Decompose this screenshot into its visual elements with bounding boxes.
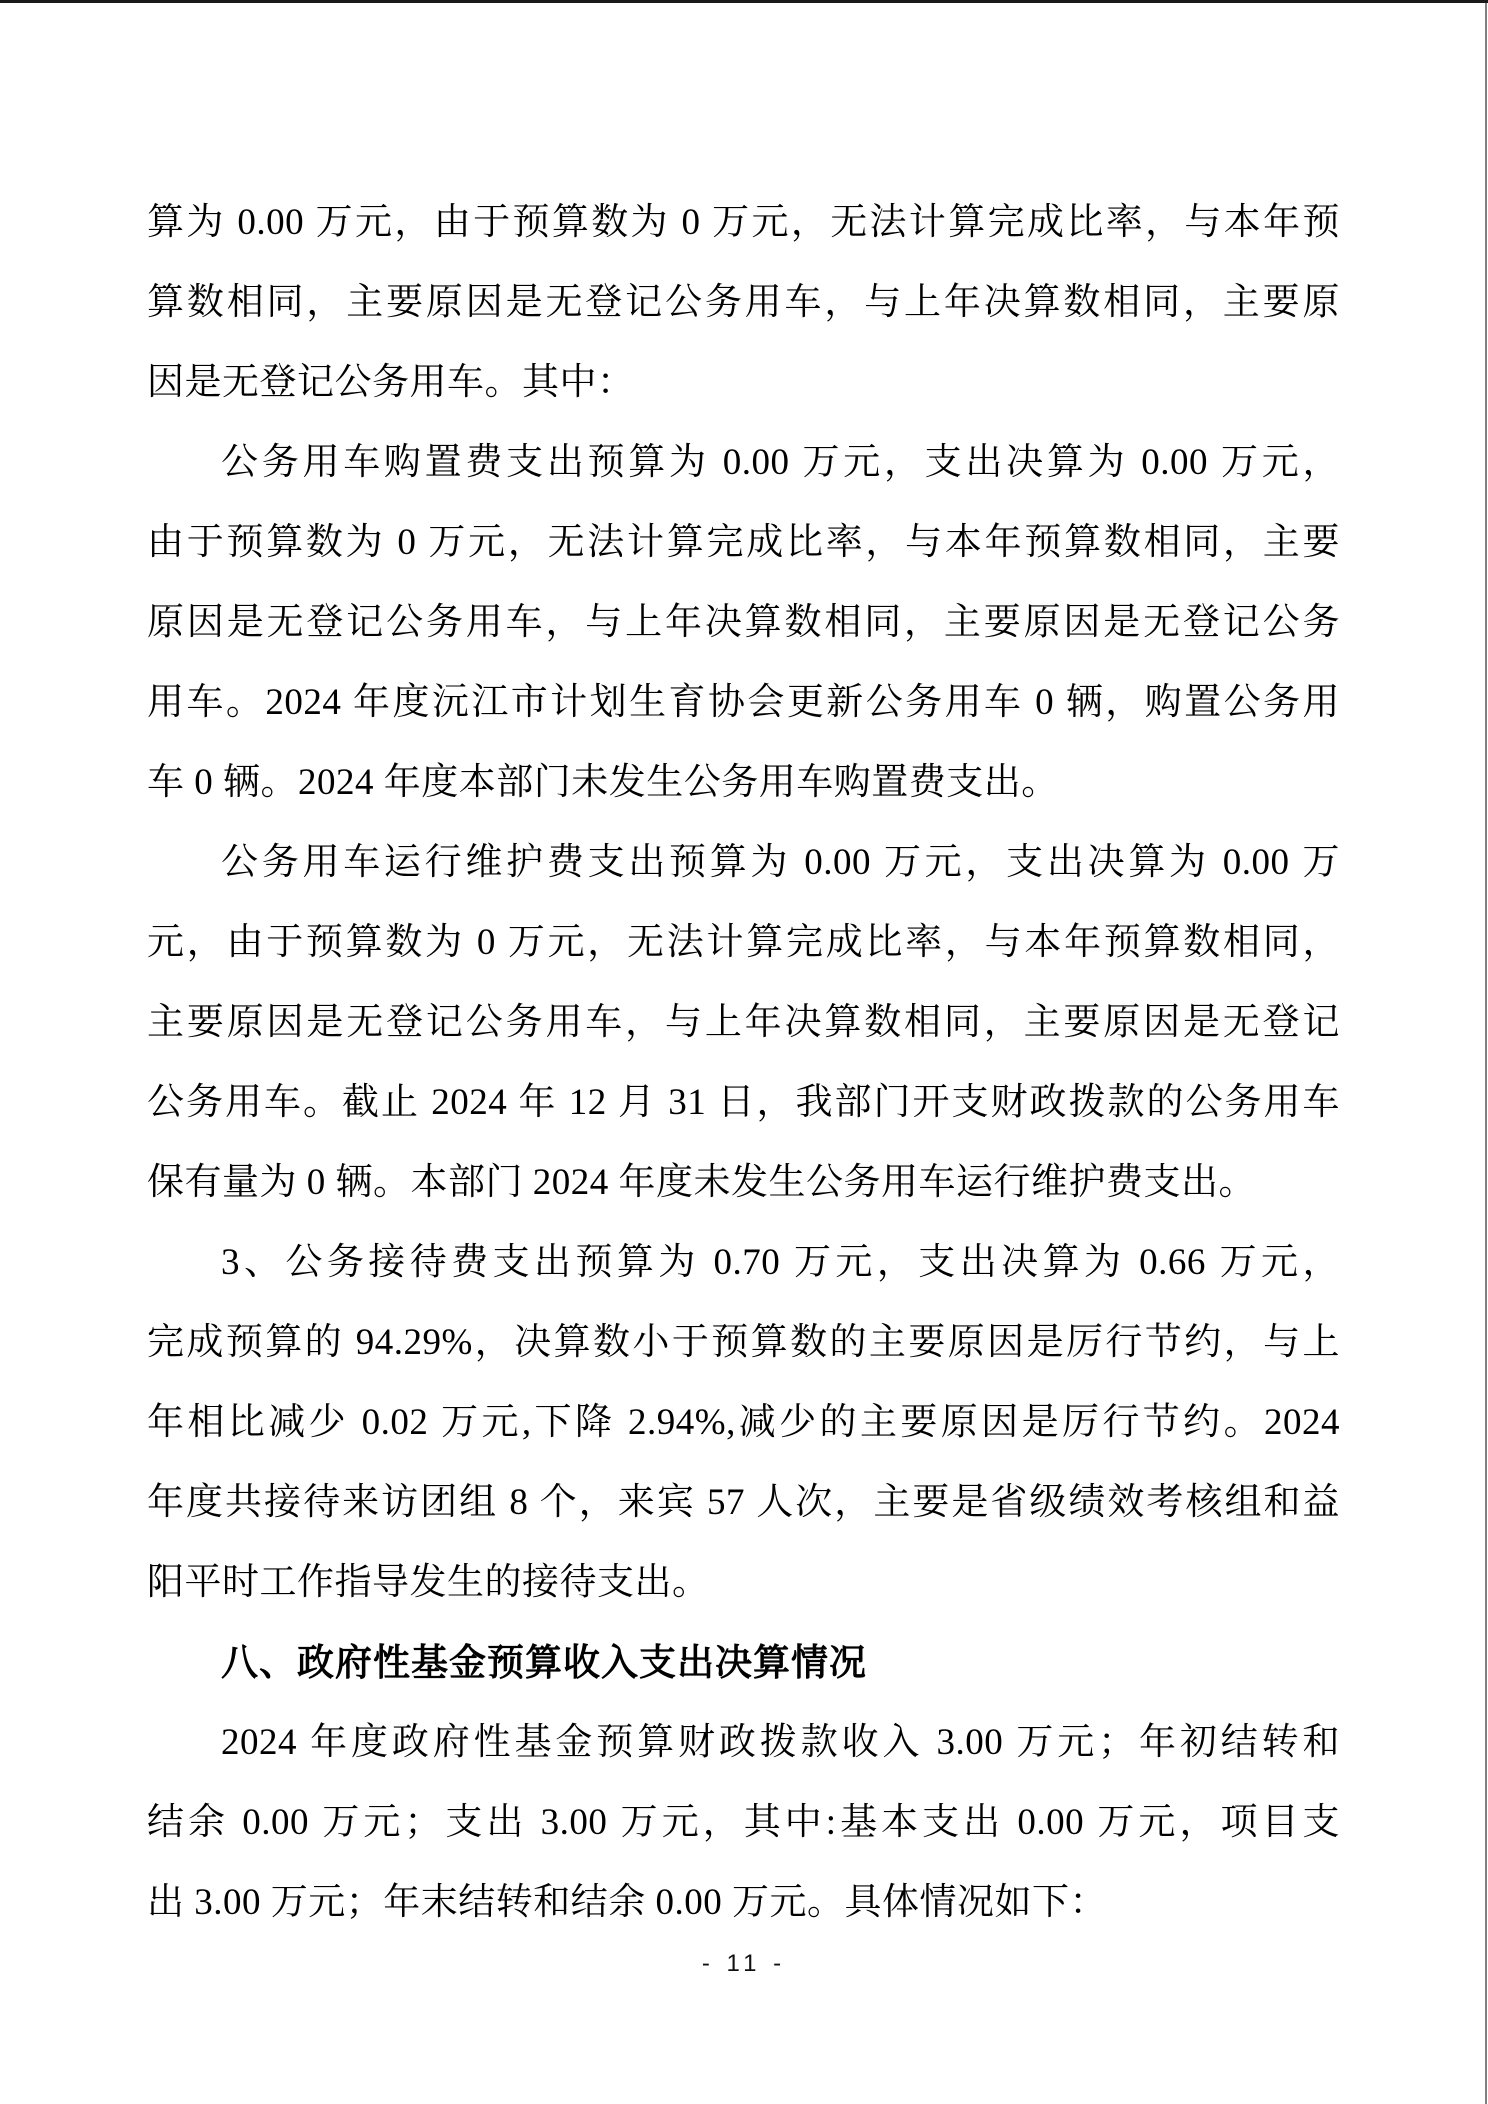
text-line: 出 3.00 万元；年末结转和结余 0.00 万元。具体情况如下： xyxy=(147,1863,1340,1943)
text-line: 公务用车购置费支出预算为 0.00 万元，支出决算为 0.00 万元， xyxy=(147,423,1340,503)
document-body: 算为 0.00 万元，由于预算数为 0 万元，无法计算完成比率，与本年预 算数相… xyxy=(147,183,1340,1943)
section-heading: 八、政府性基金预算收入支出决算情况 xyxy=(147,1623,1340,1703)
text-line: 因是无登记公务用车。其中： xyxy=(147,343,1340,423)
paragraph-vehicle-purchase: 公务用车购置费支出预算为 0.00 万元，支出决算为 0.00 万元， 由于预算… xyxy=(147,423,1340,823)
text-line: 由于预算数为 0 万元，无法计算完成比率，与本年预算数相同，主要 xyxy=(147,503,1340,583)
text-line: 保有量为 0 辆。本部门 2024 年度未发生公务用车运行维护费支出。 xyxy=(147,1143,1340,1223)
text-line: 公务用车运行维护费支出预算为 0.00 万元，支出决算为 0.00 万 xyxy=(147,823,1340,903)
text-line: 算数相同，主要原因是无登记公务用车，与上年决算数相同，主要原 xyxy=(147,263,1340,343)
text-line: 主要原因是无登记公务用车，与上年决算数相同，主要原因是无登记 xyxy=(147,983,1340,1063)
page-right-edge-line xyxy=(1485,3,1487,2104)
text-line: 结余 0.00 万元；支出 3.00 万元，其中:基本支出 0.00 万元，项目… xyxy=(147,1783,1340,1863)
text-line: 用车。2024 年度沅江市计划生育协会更新公务用车 0 辆，购置公务用 xyxy=(147,663,1340,743)
paragraph-vehicle-maintenance: 公务用车运行维护费支出预算为 0.00 万元，支出决算为 0.00 万 元，由于… xyxy=(147,823,1340,1223)
text-line: 车 0 辆。2024 年度本部门未发生公务用车购置费支出。 xyxy=(147,743,1340,823)
section-heading-block: 八、政府性基金预算收入支出决算情况 xyxy=(147,1623,1340,1703)
text-line: 年度共接待来访团组 8 个，来宾 57 人次，主要是省级绩效考核组和益 xyxy=(147,1463,1340,1543)
text-line: 元，由于预算数为 0 万元，无法计算完成比率，与本年预算数相同， xyxy=(147,903,1340,983)
text-line: 阳平时工作指导发生的接待支出。 xyxy=(147,1543,1340,1623)
paragraph-government-fund: 2024 年度政府性基金预算财政拨款收入 3.00 万元；年初结转和 结余 0.… xyxy=(147,1703,1340,1943)
text-line: 2024 年度政府性基金预算财政拨款收入 3.00 万元；年初结转和 xyxy=(147,1703,1340,1783)
text-line: 算为 0.00 万元，由于预算数为 0 万元，无法计算完成比率，与本年预 xyxy=(147,183,1340,263)
paragraph-official-reception: 3、公务接待费支出预算为 0.70 万元，支出决算为 0.66 万元， 完成预算… xyxy=(147,1223,1340,1623)
paragraph-carryover: 算为 0.00 万元，由于预算数为 0 万元，无法计算完成比率，与本年预 算数相… xyxy=(147,183,1340,423)
document-page: 算为 0.00 万元，由于预算数为 0 万元，无法计算完成比率，与本年预 算数相… xyxy=(0,0,1488,2104)
text-line: 原因是无登记公务用车，与上年决算数相同，主要原因是无登记公务 xyxy=(147,583,1340,663)
text-line: 3、公务接待费支出预算为 0.70 万元，支出决算为 0.66 万元， xyxy=(147,1223,1340,1303)
text-line: 公务用车。截止 2024 年 12 月 31 日，我部门开支财政拨款的公务用车 xyxy=(147,1063,1340,1143)
text-line: 完成预算的 94.29%，决算数小于预算数的主要原因是厉行节约，与上 xyxy=(147,1303,1340,1383)
text-line: 年相比减少 0.02 万元,下降 2.94%,减少的主要原因是厉行节约。2024 xyxy=(147,1383,1340,1463)
page-number: - 11 - xyxy=(0,1949,1488,1979)
